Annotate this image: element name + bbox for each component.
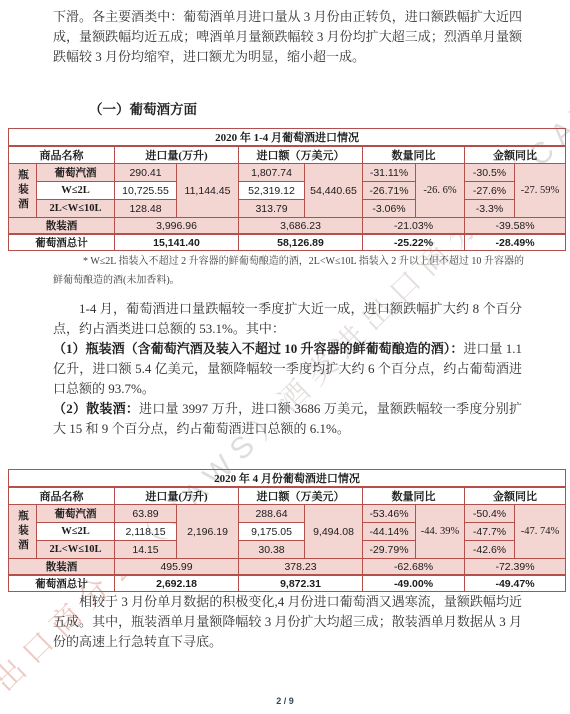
- table1-header-amount-yoy: 金额同比: [465, 146, 566, 164]
- table1-bulk-qty: 3,996.96: [115, 218, 239, 235]
- table1-bottled-qty-total: 11,144.45: [177, 164, 239, 218]
- table2-bulk-amount-yoy: -72.39%: [465, 559, 566, 576]
- table2-group-bottled: 瓶装酒: [9, 505, 37, 559]
- table1-bottled-amount-yoy-total: -27. 59%: [515, 164, 566, 218]
- table2-bulk-name: 散装酒: [9, 559, 115, 576]
- table2-total-qty-yoy: -49.00%: [363, 575, 465, 592]
- bulk-wine-paragraph: （2）散装酒：进口量 3997 万升，进口额 3686 万美元，量额跌幅较一季度…: [53, 399, 522, 439]
- section-heading: （一）葡萄酒方面: [89, 98, 197, 118]
- table1-header-qty: 进口量(万升): [115, 146, 239, 164]
- table2-sparkling-qty-yoy: -53.46%: [363, 505, 416, 523]
- table2-bulk-qty-yoy: -62.68%: [363, 559, 465, 576]
- table1-w10l-amount-yoy: -3.3%: [465, 200, 515, 218]
- table1-bulk-amount: 3,686.23: [239, 218, 363, 235]
- bulk-paragraph-lead: （2）散装酒：: [53, 401, 139, 416]
- table2-sparkling-qty: 63.89: [115, 505, 177, 523]
- table1-header-name: 商品名称: [9, 146, 115, 164]
- table1-w2l-name: W≤2L: [37, 182, 115, 200]
- table2-bottled-amount-yoy-total: -47. 74%: [515, 505, 566, 559]
- table-wine-imports-jan-apr: 2020 年 1-4 月葡萄酒进口情况 商品名称 进口量(万升) 进口额（万美元…: [8, 128, 566, 251]
- table1-w2l-qty: 10,725.55: [115, 182, 177, 200]
- table1-total-amount-yoy: -28.49%: [465, 234, 566, 251]
- table2-w2l-qty-yoy: -44.14%: [363, 523, 416, 541]
- table1-bottled-amount-total: 54,440.65: [305, 164, 363, 218]
- table2-bottled-amount-total: 9,494.08: [305, 505, 363, 559]
- table1-total-qty: 15,141.40: [115, 234, 239, 251]
- table1-total-amount: 58,126.89: [239, 234, 363, 251]
- table2-sparkling-amount: 288.64: [239, 505, 305, 523]
- table1-w10l-qty: 128.48: [115, 200, 177, 218]
- table1-bulk-name: 散装酒: [9, 218, 115, 235]
- table2-header-name: 商品名称: [9, 487, 115, 505]
- table2-sparkling-name: 葡萄汽酒: [37, 505, 115, 523]
- table2-w2l-amount: 9,175.05: [239, 523, 305, 541]
- table1-w10l-amount: 313.79: [239, 200, 305, 218]
- table1-sparkling-amount: 1,807.74: [239, 164, 305, 182]
- table2-w10l-name: 2L<W≤10L: [37, 541, 115, 559]
- table1-sparkling-amount-yoy: -30.5%: [465, 164, 515, 182]
- table1-sparkling-qty-yoy: -31.11%: [363, 164, 416, 182]
- table-wine-imports-april: 2020 年 4 月份葡萄酒进口情况 商品名称 进口量(万升) 进口额（万美元）…: [8, 469, 566, 592]
- table2-bottled-qty-total: 2,196.19: [177, 505, 239, 559]
- table2-total-amount-yoy: -49.47%: [465, 575, 566, 592]
- table1-title: 2020 年 1-4 月葡萄酒进口情况: [9, 129, 566, 147]
- page-number: 2 / 9: [0, 696, 570, 706]
- table2-w2l-name: W≤2L: [37, 523, 115, 541]
- table2-w10l-amount-yoy: -42.6%: [465, 541, 515, 559]
- table1-bottled-qty-yoy-total: -26. 6%: [416, 164, 465, 218]
- table1-bulk-amount-yoy: -39.58%: [465, 218, 566, 235]
- table1-w10l-qty-yoy: -3.06%: [363, 200, 416, 218]
- table2-w10l-qty-yoy: -29.79%: [363, 541, 416, 559]
- bottled-wine-paragraph: （1）瓶装酒（含葡萄汽酒及装入不超过 10 升容器的鲜葡萄酿造的酒）：进口量 1…: [53, 339, 522, 399]
- bottled-paragraph-lead: （1）瓶装酒（含葡萄汽酒及装入不超过 10 升容器的鲜葡萄酿造的酒）：: [53, 341, 463, 356]
- table2-w10l-qty: 14.15: [115, 541, 177, 559]
- table2-title: 2020 年 4 月份葡萄酒进口情况: [9, 470, 566, 488]
- table1-header-amount: 进口额（万美元）: [239, 146, 363, 164]
- table1-w2l-qty-yoy: -26.71%: [363, 182, 416, 200]
- table1-w10l-name: 2L<W≤10L: [37, 200, 115, 218]
- table1-w2l-amount: 52,319.12: [239, 182, 305, 200]
- table2-header-amount-yoy: 金额同比: [465, 487, 566, 505]
- table1-sparkling-name: 葡萄汽酒: [37, 164, 115, 182]
- table2-header-qty-yoy: 数量同比: [363, 487, 465, 505]
- table1-w2l-amount-yoy: -27.6%: [465, 182, 515, 200]
- table2-bulk-amount: 378.23: [239, 559, 363, 576]
- table2-total-amount: 9,872.31: [239, 575, 363, 592]
- table2-total-qty: 2,692.18: [115, 575, 239, 592]
- table2-header-qty: 进口量(万升): [115, 487, 239, 505]
- table2-bottled-qty-yoy-total: -44. 39%: [416, 505, 465, 559]
- table2-total-name: 葡萄酒总计: [9, 575, 115, 592]
- table1-total-name: 葡萄酒总计: [9, 234, 115, 251]
- table2-header-amount: 进口额（万美元）: [239, 487, 363, 505]
- table1-bulk-qty-yoy: -21.03%: [363, 218, 465, 235]
- closing-paragraph: 相较于 3 月份单月数据的积极变化,4 月份进口葡萄酒又遇寒流，量额跌幅均近五成…: [53, 592, 522, 652]
- intro-paragraph: 下滑。各主要酒类中：葡萄酒单月进口量从 3 月份由正转负，进口额跌幅扩大近四成，…: [53, 7, 522, 67]
- table2-sparkling-amount-yoy: -50.4%: [465, 505, 515, 523]
- table-footnote: * W≤2L 指装入不超过 2 升容器的鲜葡萄酿造的酒，2L<W≤10L 指装入…: [53, 252, 524, 290]
- table1-sparkling-qty: 290.41: [115, 164, 177, 182]
- table2-w2l-qty: 2,118.15: [115, 523, 177, 541]
- table1-header-qty-yoy: 数量同比: [363, 146, 465, 164]
- table2-bulk-qty: 495.99: [115, 559, 239, 576]
- table1-group-bottled: 瓶装酒: [9, 164, 37, 218]
- document-page: 出口商分会（CAWS）酒类进出口商分会（CAWS） 下滑。各主要酒类中：葡萄酒单…: [0, 0, 570, 714]
- table2-w10l-amount: 30.38: [239, 541, 305, 559]
- overview-paragraph: 1-4 月，葡萄酒进口量跌幅较一季度扩大近一成，进口额跌幅扩大约 8 个百分点，…: [53, 299, 522, 339]
- table1-total-qty-yoy: -25.22%: [363, 234, 465, 251]
- table2-w2l-amount-yoy: -47.7%: [465, 523, 515, 541]
